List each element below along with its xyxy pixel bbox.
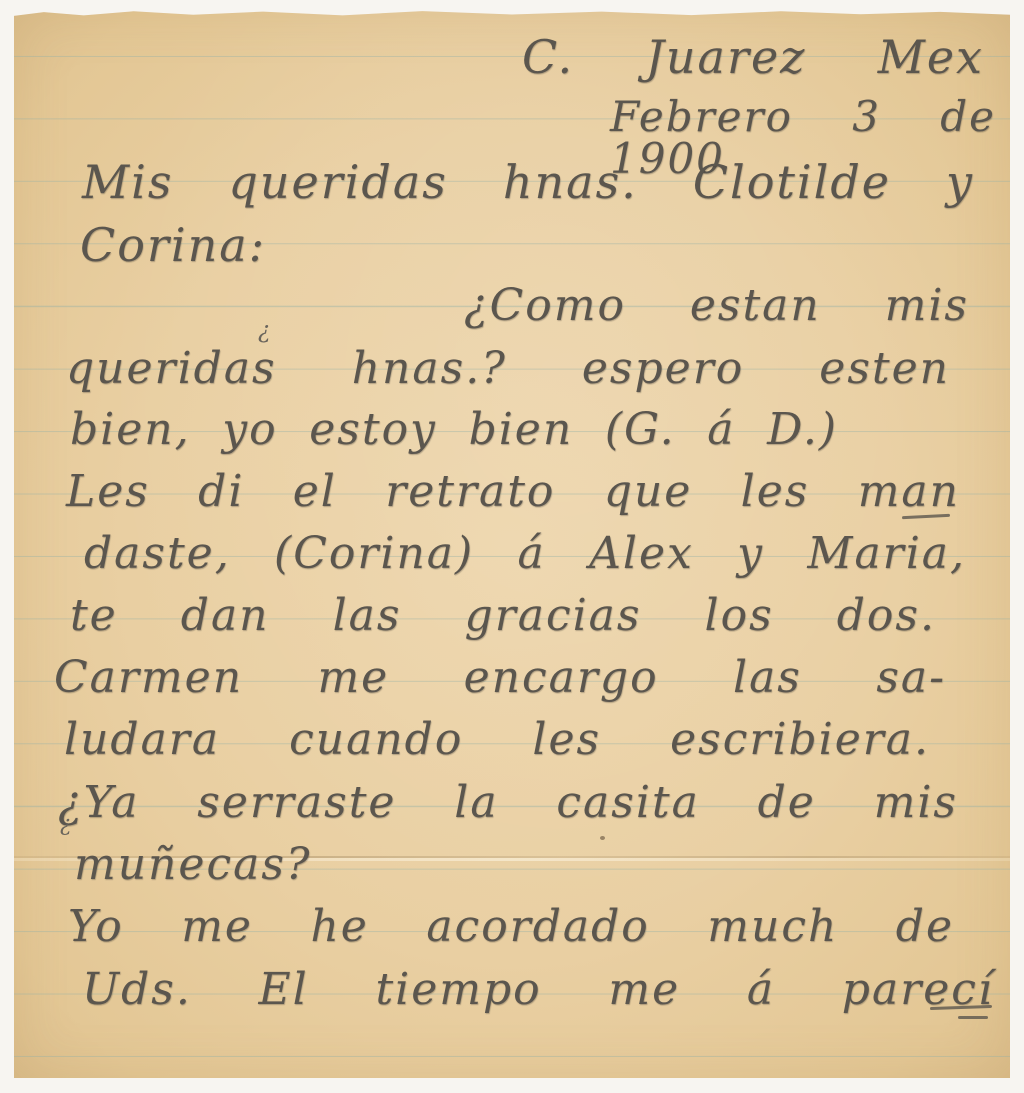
underline-mark — [958, 1016, 988, 1019]
letter-paper: C. Juarez Mex Febrero 3 de 1900 Mis quer… — [14, 10, 1010, 1078]
inverted-question-mark: ¿ — [258, 320, 270, 343]
body-line: Les di el retrato que les man — [66, 470, 960, 514]
body-line: Carmen me encargo las sa- — [54, 656, 946, 700]
scanned-letter-image: C. Juarez Mex Febrero 3 de 1900 Mis quer… — [0, 0, 1024, 1093]
body-line: Uds. El tiempo me á parecí — [82, 968, 994, 1012]
body-line: queridas hnas.? espero esten — [66, 347, 950, 391]
body-line: bien, yo estoy bien (G. á D.) — [70, 408, 838, 452]
body-line: ¿Ya serraste la casita de mis — [58, 781, 958, 825]
place-line: C. Juarez Mex — [522, 34, 984, 80]
salutation-line: Mis queridas hnas. Clotilde y — [82, 159, 974, 205]
body-line: te dan las gracias los dos. — [70, 594, 936, 638]
paper-speck — [600, 836, 605, 840]
salutation-line: Corina: — [80, 222, 266, 268]
body-line: Yo me he acordado much de — [68, 905, 954, 949]
inverted-question-mark: ¿ — [60, 814, 71, 835]
body-line: daste, (Corina) á Alex y Maria, — [84, 532, 966, 576]
body-line: ludara cuando les escribiera. — [64, 718, 930, 762]
body-line: muñecas? — [74, 843, 311, 887]
body-line: ¿Como estan mis — [464, 284, 969, 328]
